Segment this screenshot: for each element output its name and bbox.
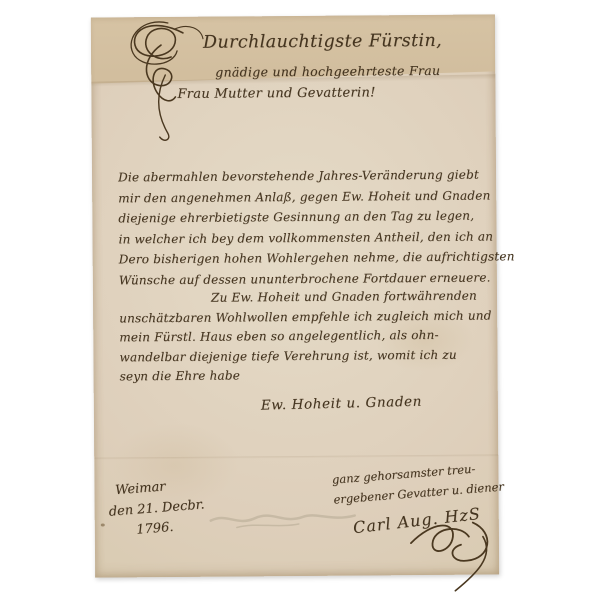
salutation-line-2: gnädige und hochgeehrteste Frau bbox=[215, 63, 440, 80]
body-line: mein Fürstl. Haus eben so angelegentlich… bbox=[119, 326, 492, 349]
letter-paper: Durchlauchtigste Fürstin, gnädige und ho… bbox=[91, 14, 499, 577]
body-line: Die abermahlen bevorstehende Jahres-Verä… bbox=[118, 164, 514, 188]
paper-speck bbox=[101, 524, 105, 527]
valediction: Ew. Hoheit u. Gnaden bbox=[261, 394, 422, 414]
calligraphic-flourish-icon bbox=[113, 15, 214, 148]
closing-block: ganz gehorsamster treu- ergebener Gevatt… bbox=[331, 456, 504, 509]
body-line: seyn die Ehre habe bbox=[120, 365, 493, 388]
body-paragraph-2: Zu Ew. Hoheit und Gnaden fortwährenden u… bbox=[119, 286, 492, 387]
signature-flourish-icon bbox=[403, 514, 524, 595]
body-line: wandelbar diejenige tiefe Verehrung ist,… bbox=[119, 345, 492, 368]
body-line: Zu Ew. Hoheit und Gnaden fortwährenden bbox=[119, 286, 492, 309]
faint-pencil-mark bbox=[207, 505, 362, 532]
dateline-block: Weimar den 21. Decbr. 1796. bbox=[106, 473, 206, 542]
body-paragraph-1: Die abermahlen bevorstehende Jahres-Verä… bbox=[118, 164, 515, 291]
photo-background: Durchlauchtigste Fürstin, gnädige und ho… bbox=[0, 0, 600, 600]
salutation-line-1: Durchlauchtigste Fürstin, bbox=[203, 31, 442, 53]
body-line: diejenige ehrerbietigste Gesinnung an de… bbox=[118, 205, 514, 229]
salutation-line-3: Frau Mutter und Gevatterin! bbox=[177, 85, 375, 102]
fold-crease-bottom bbox=[94, 454, 498, 459]
